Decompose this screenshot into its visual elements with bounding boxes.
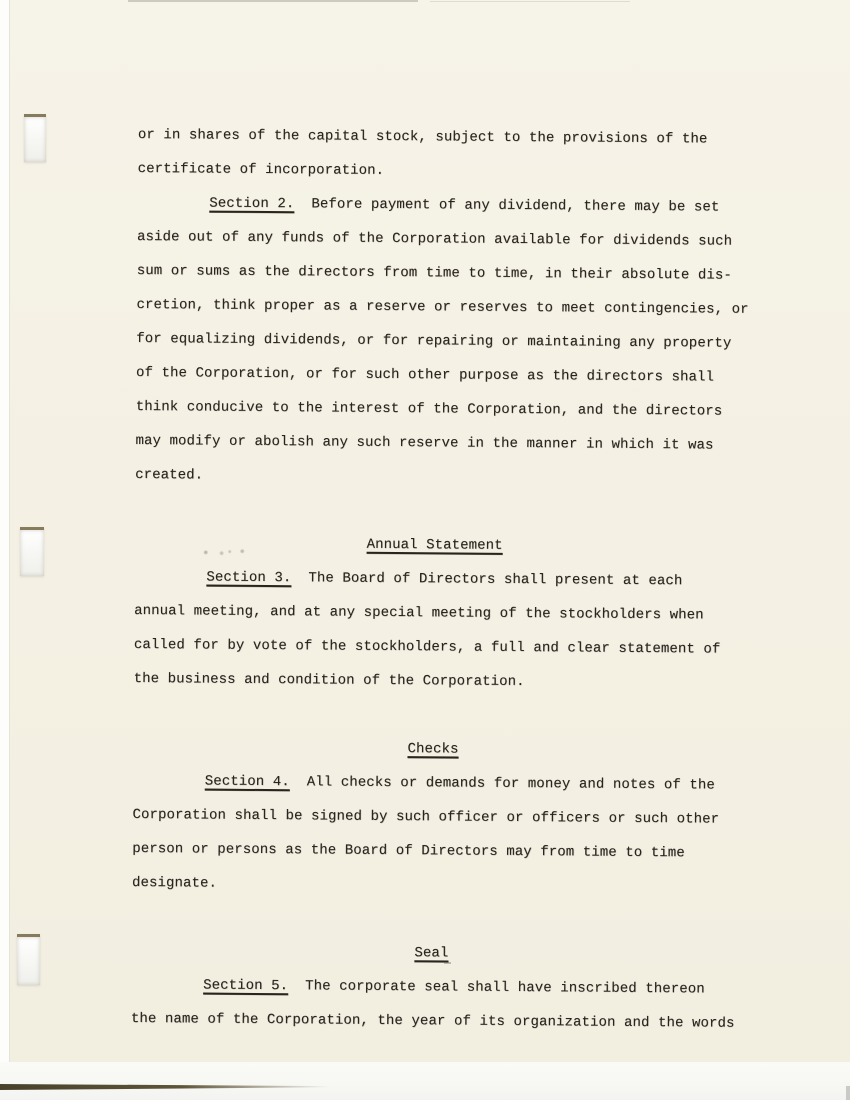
text-line: called for by vote of the stockholders, … <box>134 628 734 667</box>
section-heading-text: Annual Statement <box>367 537 503 554</box>
section-heading: Seal <box>131 934 731 973</box>
text-line: for equalizing dividends, or for repairi… <box>136 322 736 361</box>
text-line: cretion, think proper as a reserve or re… <box>136 288 736 327</box>
text-line: certificate of incorporation. <box>137 152 737 191</box>
text-line: Section 5. The corporate seal shall have… <box>131 968 731 1007</box>
page-top-edge-shadow-faint <box>430 1 630 2</box>
text-line: Corporation shall be signed by such offi… <box>132 798 732 837</box>
text-line: the business and condition of the Corpor… <box>133 662 733 701</box>
text-line: Section 3. The Board of Directors shall … <box>134 560 734 599</box>
section-label-underlined: Section 2. <box>209 196 294 213</box>
punch-hole <box>24 114 46 162</box>
section-heading: Annual Statement <box>135 526 735 565</box>
text-line: created. <box>135 458 735 497</box>
section-heading-text: Seal <box>414 945 448 961</box>
typewritten-text-column: or in shares of the capital stock, subje… <box>131 118 738 1041</box>
punch-hole <box>20 527 44 576</box>
section-heading: Checks <box>133 730 733 769</box>
text-line: sum or sums as the directors from time t… <box>137 254 737 293</box>
text-line: Section 4. All checks or demands for mon… <box>133 764 733 803</box>
scanner-left-margin <box>0 0 10 1100</box>
text-line: the name of the Corporation, the year of… <box>131 1002 731 1041</box>
page-right-edge-shadow <box>846 1086 850 1100</box>
section-heading-text: Checks <box>407 741 458 757</box>
punch-hole <box>17 934 40 985</box>
section-label-underlined: Section 5. <box>203 978 288 995</box>
text-line: of the Corporation, or for such other pu… <box>136 356 736 395</box>
text-line: aside out of any funds of the Corporatio… <box>137 220 737 259</box>
text-line: annual meeting, and at any special meeti… <box>134 594 734 633</box>
text-line: or in shares of the capital stock, subje… <box>138 118 738 157</box>
section-label-underlined: Section 4. <box>205 774 290 791</box>
text-line: may modify or abolish any such reserve i… <box>135 424 735 463</box>
page-top-edge-shadow <box>128 0 418 2</box>
scanned-document-page: or in shares of the capital stock, subje… <box>0 0 850 1100</box>
page-bottom-scanner-area <box>0 1062 850 1100</box>
scan-speck <box>444 962 451 964</box>
text-line: think conducive to the interest of the C… <box>136 390 736 429</box>
section-label-underlined: Section 3. <box>206 570 291 587</box>
scan-smudge <box>200 548 248 556</box>
text-line: designate. <box>132 866 732 905</box>
text-line: Section 2. Before payment of any dividen… <box>137 186 737 225</box>
text-line: person or persons as the Board of Direct… <box>132 832 732 871</box>
